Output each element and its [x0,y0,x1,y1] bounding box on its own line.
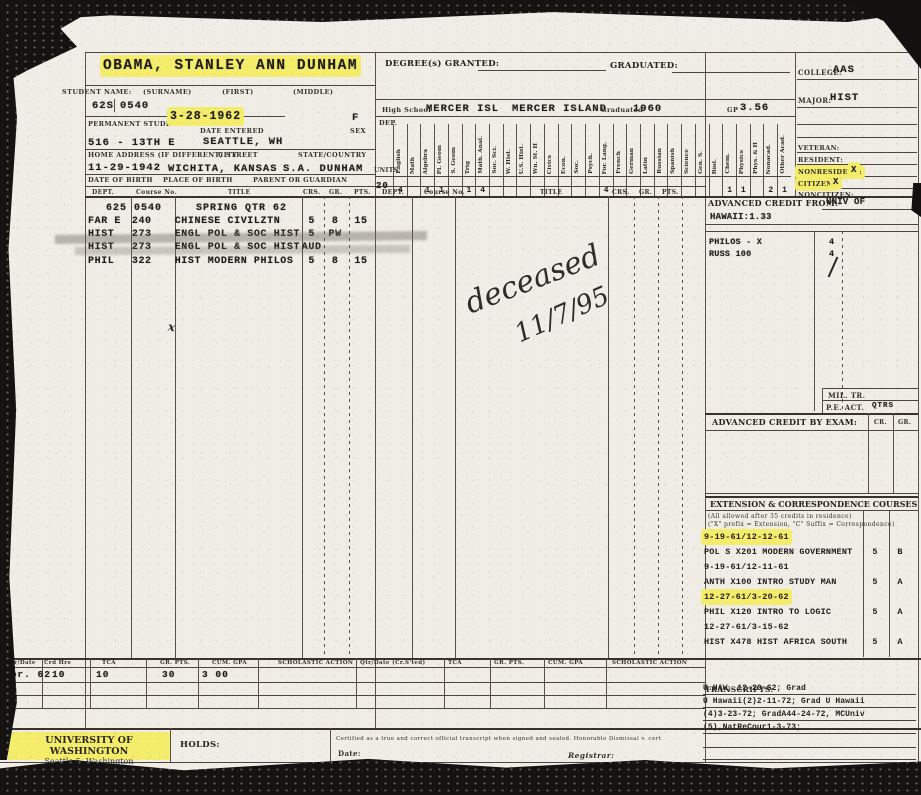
student-number: 0540 [120,100,149,112]
college-value: AAS [833,64,855,76]
mid-pts-header: PTS. [662,189,679,196]
course-pts: 15 [348,216,374,229]
subject-label: Math [410,157,416,174]
rule-hs-bottom [375,116,795,117]
crs-header: CRS. [303,189,321,196]
mid-course-no-header: Course No. [424,189,465,196]
advanced-credit-source1: UNIV OF [826,197,865,207]
course-no: 322 [132,256,175,269]
pe-act-value: QTRS [872,402,894,410]
rule-under-address [85,149,375,150]
subject-column: Other Acad. 1 [777,124,791,196]
rule-ext-top [705,496,918,498]
rule-mid-col-4 [634,196,635,658]
veteran-label: VETERAN: [798,144,840,152]
subject-label: Algebra [423,149,429,174]
rule-miltr-top [822,388,918,389]
state-label: STATE/COUNTRY [298,151,366,159]
course-gr: 8 [322,216,348,229]
sum-cumgpa: 3 00 [202,669,229,680]
subject-label: Russian [657,148,663,174]
rule-degrees [478,70,606,71]
institution-box: UNIVERSITY OF WASHINGTON Seattle 5, Wash… [8,732,170,760]
sum-crd: 10 [52,669,65,680]
rule-resident [797,164,917,165]
extension-note-1: (All allowed after 35 credits in residen… [708,513,852,520]
subject-label: Pl. Geom [437,145,443,174]
high-school-entry: MERCER ISL [426,103,499,115]
rule-college [797,79,917,80]
rule-hs-top [375,99,795,100]
subject-column: Nonacad. 2 [763,124,777,196]
sum-h2-grpts: GR. PTS. [494,660,524,666]
subject-label: Wn. St. H [533,143,539,174]
rule-adv-1 [822,209,918,210]
student-number-prefix: 62S [92,100,114,112]
city-label: CITY [218,151,237,159]
transcript-blank-line [703,750,916,760]
sum-h-tca: TCA [102,660,116,666]
middle-label: (MIDDLE) [293,88,333,96]
extension-course-row: HIST X478 HIST AFRICA SOUTH 5 A [704,637,918,652]
rule-blank-2 [797,137,917,138]
sum-h-crd: Crd Hrs [44,660,71,666]
sum-h-cumgpa: CUM. GPA [212,660,247,666]
subject-label: Math. Anal. [478,136,484,174]
rule-sum-v10 [606,658,607,708]
subject-units: 4 [600,186,613,195]
rule-form-top [85,52,918,53]
high-school-name: MERCER ISLAND [512,103,607,115]
registrar-label: Registrar: [568,751,614,760]
date-label: Date: [338,749,361,758]
extension-dates: 12-27-61/3-20-62 [704,592,789,602]
rule-byexam-sep [705,430,918,431]
rule-graduated [672,72,790,73]
adv-course-1: PHILOS - X [709,237,762,247]
extension-dates: 12-27-61/3-15-62 [704,622,789,632]
hs-gpa-label: GP [727,106,738,114]
course-no: 240 [132,216,175,229]
extension-gr: A [888,607,912,622]
rule-right-edge [918,52,919,762]
rule-adv-2 [705,224,918,225]
rule-adv-col [814,231,815,411]
rule-veteran [797,152,917,153]
extension-course: PHIL X120 INTRO TO LOGIC [704,607,862,622]
rule-sum-v7 [444,658,445,708]
course-crs: 5 [301,256,322,269]
subject-label: W. Hist. [506,149,512,174]
birth-date: 11-29-1942 [88,162,161,174]
subject-units: 2 [764,186,777,195]
major-label: MAJOR: [798,96,831,105]
subject-column: Chem. 1 [722,124,736,196]
rule-blank-1 [797,124,917,125]
city: SEATTLE, WH [203,136,283,148]
subject-label: Soc. Sci. [492,146,498,174]
rule-sum-v6 [356,658,357,708]
rule-byexam-col2 [893,413,894,493]
transcript-line: U Hawaii(2)2-11-72; Grad U Hawaii [703,697,916,708]
sum-h2-schol: SCHOLASTIC ACTION [612,660,687,666]
subject-label: Chem. [725,153,731,174]
rule-mid-col-2 [455,196,456,658]
rule-byexam-bottom [705,493,918,494]
rule-units-top [375,176,791,177]
student-name-label: STUDENT NAME: [62,88,132,96]
adv-credit-2: 4 [829,249,834,259]
rule-nonresident [797,176,917,177]
subject-label: Latin [643,157,649,174]
mid-dept-header: DEPT. [382,189,404,196]
guardian: S.A. DUNHAM [283,163,363,175]
units-label: UNITS [374,167,398,174]
rule-summary-r2 [0,695,705,696]
advanced-credit-source2: HAWAII:1.33 [710,212,772,222]
subject-column: Biol. [709,124,723,196]
gr-header: GR. [329,189,342,196]
sum-h2-cumgpa: CUM. GPA [548,660,583,666]
rule-ext-title [705,510,918,511]
rule-course-header-top [85,186,705,187]
subject-label: Nonacad. [766,144,772,175]
mid-title-header: TITLE [540,189,563,196]
course-title: HIST MODERN PHILOS [175,256,302,269]
course-dept: PHIL [88,256,132,269]
birth-place-label: PLACE OF BIRTH [163,176,233,184]
graduated-label: GRADUATED: [610,61,678,71]
extension-crs: 5 [862,577,888,592]
extension-entry: 12-27-61/3-20-62 PHIL X120 INTRO TO LOGI… [704,592,918,622]
extension-entry: 12-27-61/3-15-62 HIST X478 HIST AFRICA S… [704,622,918,652]
subject-label: Trig [465,161,471,174]
extension-course-row: POL S X201 MODERN GOVERNMENT 5 B [704,547,918,562]
extension-course: POL S X201 MODERN GOVERNMENT [704,547,862,562]
course-row: FAR E 240 CHINESE CIVILZTN 5 8 15 [88,216,374,229]
subject-label: Phys. & H [753,142,759,174]
high-school-label: High School [382,106,431,114]
date-entered: 3-28-1962 [170,110,241,123]
first-label: (FIRST) [222,88,254,96]
extension-gr: A [888,577,912,592]
extension-note-2: ("X" prefix = Extension, "C" Suffix = Co… [708,521,895,528]
extension-entry: 9-19-61/12-12-61 POL S X201 MODERN GOVER… [704,532,918,562]
dept-header: DEPT. [92,189,114,196]
nonresident-value: X [851,165,857,175]
hs-graduated-year: 1960 [633,103,662,115]
course-pts: 15 [348,256,374,269]
adv-course-2: RUSS 100 [709,249,751,259]
date-entered-label: DATE ENTERED [200,127,264,135]
extension-crs: 5 [862,607,888,622]
major-value: HIST [830,92,859,104]
advanced-credit-title: ADVANCED CREDIT FROM: [708,198,838,208]
mil-tr-label: MIL. TR. [828,391,865,400]
rule-sum-v9 [544,658,545,708]
extension-dates: 9-19-61/12-11-61 [704,562,789,572]
by-exam-title: ADVANCED CREDIT BY EXAM: [712,417,857,427]
rule-under-name [85,85,375,86]
title-header: TITLE [228,189,251,196]
mid-crs-header: CRS. [612,189,630,196]
course-gr: 8 [322,256,348,269]
subject-column: Physics 1 [736,124,750,196]
birth-place: WICHITA, KANSAS [168,163,278,175]
guardian-label: PARENT OR GUARDIAN [253,176,348,184]
rule-pe-col [822,388,823,413]
dep-label: DEP. [379,119,397,127]
handwritten-slash [828,257,839,278]
sex-value: F [352,112,359,124]
rule-footer-v2 [330,728,331,762]
subject-label: Spanish [670,148,676,174]
pts-header: PTS. [354,189,371,196]
transcripts-label: TRANSCRIPTS: [705,685,774,694]
term-title: SPRING QTR 62 [196,203,287,214]
holds-label: HOLDS: [180,740,220,750]
extension-course: HIST X478 HIST AFRICA SOUTH [704,637,862,652]
subject-units: 1 [737,186,750,195]
mid-gr-header: GR. [639,189,652,196]
transcript-blank-line [703,738,916,748]
rule-citizen [797,188,917,189]
term-code: 625 0540 [106,203,162,214]
rule-byexam-col1 [868,413,869,493]
subject-label: For. Lang. [602,142,608,174]
subject-label: U.S. Hist. [519,144,525,174]
rule-byexam-top [705,413,918,415]
subject-units: 4 [476,186,489,195]
course-title: CHINESE CIVILZTN [175,216,302,229]
rule-divider-1 [375,52,376,728]
rule-sum-v8 [490,658,491,708]
extension-gr: B [888,547,912,562]
scan-edge-top [0,0,921,22]
extension-dates-row: 12-27-61/3-15-62 [704,622,918,637]
rule-mid-col-6 [682,196,683,658]
rule-summary-r3 [0,708,705,709]
extension-course-row: PHIL X120 INTRO TO LOGIC 5 A [704,607,918,622]
by-exam-gr-label: GR. [898,419,911,426]
rule-major [797,107,917,108]
subject-label: Gen. S. [698,151,704,174]
subject-units: 1 [723,186,736,195]
rule-adv-col-dash [842,231,843,411]
surname-label: (SURNAME) [143,88,192,96]
subject-label: Civics [547,155,553,174]
rule-left-edge [85,52,86,728]
sum-h-schol: SCHOLASTIC ACTION [278,660,353,666]
extension-entry: 9-19-61/12-11-61 ANTH X100 INTRO STUDY M… [704,562,918,592]
rule-mid-col-3 [608,196,609,658]
rule-adv-3 [705,231,918,232]
by-exam-cr-label: CR. [874,419,887,426]
degrees-granted-label: DEGREE(s) GRANTED: [385,59,499,69]
course-row: PHIL 322 HIST MODERN PHILOS 5 8 15 [88,256,374,269]
rule-sum-v1 [42,658,43,708]
extension-title: EXTENSION & CORRESPONDENCE COURSES [710,499,917,509]
address: 516 - 13TH E [88,137,176,149]
rule-summary-headsep [0,667,705,668]
scanned-transcript-page: OBAMA, STANLEY ANN DUNHAM STUDENT NAME: … [0,0,921,795]
extension-gr: A [888,637,912,652]
extension-dates-row: 12-27-61/3-20-62 [704,592,918,607]
subject-column: Phys. & H [750,124,764,196]
certified-text: Certified as a true and correct official… [336,736,696,742]
subject-label: Other Acad. [780,135,786,174]
subject-label: Econ. [561,156,567,174]
rule-college-divider [795,52,796,196]
sum-tca: 10 [96,669,109,680]
extension-entries: 9-19-61/12-12-61 POL S X201 MODERN GOVER… [704,532,918,652]
subject-label: Soc. [574,160,580,174]
rule-mid-col-1 [412,196,413,658]
citizen-value: X [833,177,839,187]
scan-edge-left [0,30,17,760]
subject-label: Psych. [588,153,594,174]
rule-sum-v3 [146,658,147,708]
rule-footer-v1 [170,728,171,762]
adv-credit-1: 4 [829,237,834,247]
subject-label: Science [684,149,690,174]
course-no-header: Course No. [136,189,177,196]
hs-gpa: 3.56 [740,102,769,114]
extension-course: ANTH X100 INTRO STUDY MAN [704,577,862,592]
subject-label: Physics [739,150,745,174]
sum-h2-tca: TCA [448,660,462,666]
sum-h2-qtr: Qtr/Date (Cr.S'ted) [360,660,426,666]
birth-date-label: DATE OF BIRTH [88,176,153,184]
course-crs: 5 [301,216,322,229]
rule-sum-v2 [90,658,91,708]
sum-grpts: 30 [162,669,175,680]
rule-summary-r1 [0,682,705,683]
rule-miltr-bottom [822,400,918,401]
subject-label: German [629,148,635,174]
extension-dates: 9-19-61/12-12-61 [704,532,789,542]
pe-act-label: P.E. ACT. [826,403,864,412]
rule-mid-col-5 [658,196,659,658]
sum-h-grpts: GR. PTS. [160,660,190,666]
rule-sum-v4 [198,658,199,708]
subject-label: French [616,151,622,174]
student-name: OBAMA, STANLEY ANN DUNHAM [103,58,358,74]
course-dept: FAR E [88,216,132,229]
transcript-line: (4)3-23-72; GradA44-24-72, MCUniv [703,710,916,721]
subject-label: S. Geom [451,147,457,174]
subject-units: 1 [778,186,791,195]
extension-dates-row: 9-19-61/12-11-61 [704,562,918,577]
institution-name: UNIVERSITY OF WASHINGTON [8,735,170,757]
extension-crs: 5 [862,637,888,652]
extension-dates-row: 9-19-61/12-12-61 [704,532,918,547]
extension-course-row: ANTH X100 INTRO STUDY MAN 5 A [704,577,918,592]
citizen-label: CITIZEN: [798,180,835,188]
resident-label: RESIDENT: [798,156,843,164]
rule-number-tick [114,99,115,112]
subject-label: Biol. [712,159,718,174]
sex-label: SEX [350,127,366,135]
rule-sum-v5 [258,658,259,708]
transcript-line: (5),NatReCour1-3-73; [703,723,916,734]
extension-crs: 5 [862,547,888,562]
